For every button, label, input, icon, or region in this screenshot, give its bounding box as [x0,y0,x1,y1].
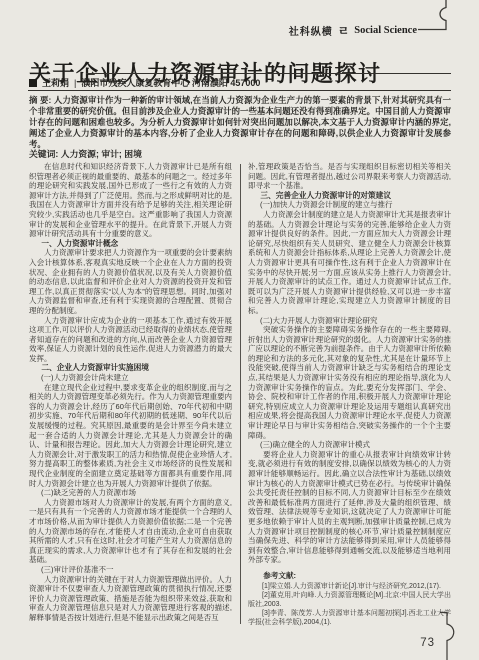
keywords-line: 关键词: 人力资源; 审计; 困境 [29,147,142,160]
abstract-label: 摘 要: [29,95,51,105]
abstract-text: 人力资源审计作为一种新的审计领域,在当前人力资源为企业生产力的第一要素的背景下,… [29,95,451,149]
journal-logo-icon: ㄹ [338,26,350,36]
paragraph: 在建立现代企业过程中,要求变革企业的组织制度,而与之相关的人力资源管理变革必须先… [29,383,232,489]
paragraph: 人力资源审计应成为企业的一项基本工作,通过有效开展这项工作,可以评价人力资源活动… [29,316,232,364]
author-band-top-rule [86,73,451,74]
paragraph: 人力资源市场对人力资源审计的发展,有两个方面的意义,一是只有具有一个完善的人力资… [29,498,232,565]
journal-page: 社科纵横 ㄹ Social Science 关于企业人力资源审计的问题探讨 王莉… [0,0,479,660]
subsection-heading-2-3: (三)审计评价基准不一 [29,565,232,575]
subsection-heading-3-3: (三)确立健全的人力资源审计模式 [248,440,451,450]
bottom-corner-bracket-decoration [437,612,457,660]
section-heading-1: 一、人力资源审计概念 [29,239,232,249]
right-column: 补,管理政策是否恰当。是否与实现组织目标密切相关等相关问题。因此,有管理者提出,… [248,162,451,628]
top-corner-bracket-decoration [417,0,457,34]
journal-header: 社科纵横 ㄹ Social Science [289,23,417,38]
paragraph: 人力资源审计要求把人力资源作为一项重要的会计要素纳入会计核算体系,客观真实地反映… [29,248,232,315]
reference-item: [1]梁立娟.人力资源审计新论[J].审计与经济研究,2012,(17). [248,582,451,591]
author-name: 王莉娟 [42,76,69,89]
subsection-heading-2-2: (二)缺乏完善的人力资源市场 [29,488,232,498]
journal-name-chinese: 社科纵横 [289,23,333,38]
abstract: 摘 要: 人力资源审计作为一种新的审计领域,在当前人力资源为企业生产力的第一要素… [29,95,451,150]
journal-name-english: Social Science [354,25,417,36]
author-separator: | [74,78,76,88]
paragraph: 要将企业人力资源审计的重心从报表审计向绩效审计转变,就必须进行有效的制度安排,以… [248,450,451,565]
reference-item: [2]董克用,叶向峰.人力资源管理概论[M].北京:中国人民大学出版社,2003… [248,591,451,609]
author-band-bottom-rule [28,90,451,91]
left-column: 在信息时代和知识经济背景下,人力资源审计已是所有组织管理者必须正视的最重要的、最… [29,162,232,628]
paragraph: 突破实务操作的主要障碍实务操作存在的一些主要障碍,折射出人力资源审计理论研究的弱… [248,325,451,440]
paragraph-continuation: 补,管理政策是否恰当。是否与实现组织目标密切相关等相关问题。因此,有管理者提出,… [248,162,451,191]
references-heading: 参考文献: [248,571,451,581]
author-line: 王莉娟 | 濮阳市残疾人康复教育中心 河南濮阳 457000 [29,76,260,89]
reference-item: [3]李青、陈茂芳.人力资源审计基本问题初探[J].西北工业大学学报(社会科学版… [248,609,451,627]
keywords-text: 人力资源; 审计; 困境 [61,149,142,159]
subsection-heading-3-1: (一)加快人力资源会计制度的建立与推行 [248,200,451,210]
paragraph: 人力资源会计制度的建立是人力资源审计尤其是报表审计的基础。人力资源会计理论与实务… [248,210,451,316]
author-affiliation: 濮阳市残疾人康复教育中心 河南濮阳 457000 [81,76,260,89]
section-heading-3: 三、完善企业人力资源审计的对策建议 [248,191,451,201]
subsection-heading-2-1: (一)人力资源会计尚未建立 [29,373,232,383]
page-number: 73 [420,637,435,649]
paragraph: 在信息时代和知识经济背景下,人力资源审计已是所有组织管理者必须正视的最重要的、最… [29,162,232,239]
section-heading-2: 二、企业人力资源审计实施困境 [29,363,232,373]
paragraph: 人力资源审计的关键在于对人力资源管理做出评价。人力资源审计不仅要审查人力资源管理… [29,575,232,623]
keywords-label: 关键词: [29,149,58,159]
article-body: 在信息时代和知识经济背景下,人力资源审计已是所有组织管理者必须正视的最重要的、最… [29,162,452,628]
author-bullet-square-icon [29,79,37,87]
subsection-heading-3-2: (二)大力开展人力资源审计理论研究 [248,316,451,326]
